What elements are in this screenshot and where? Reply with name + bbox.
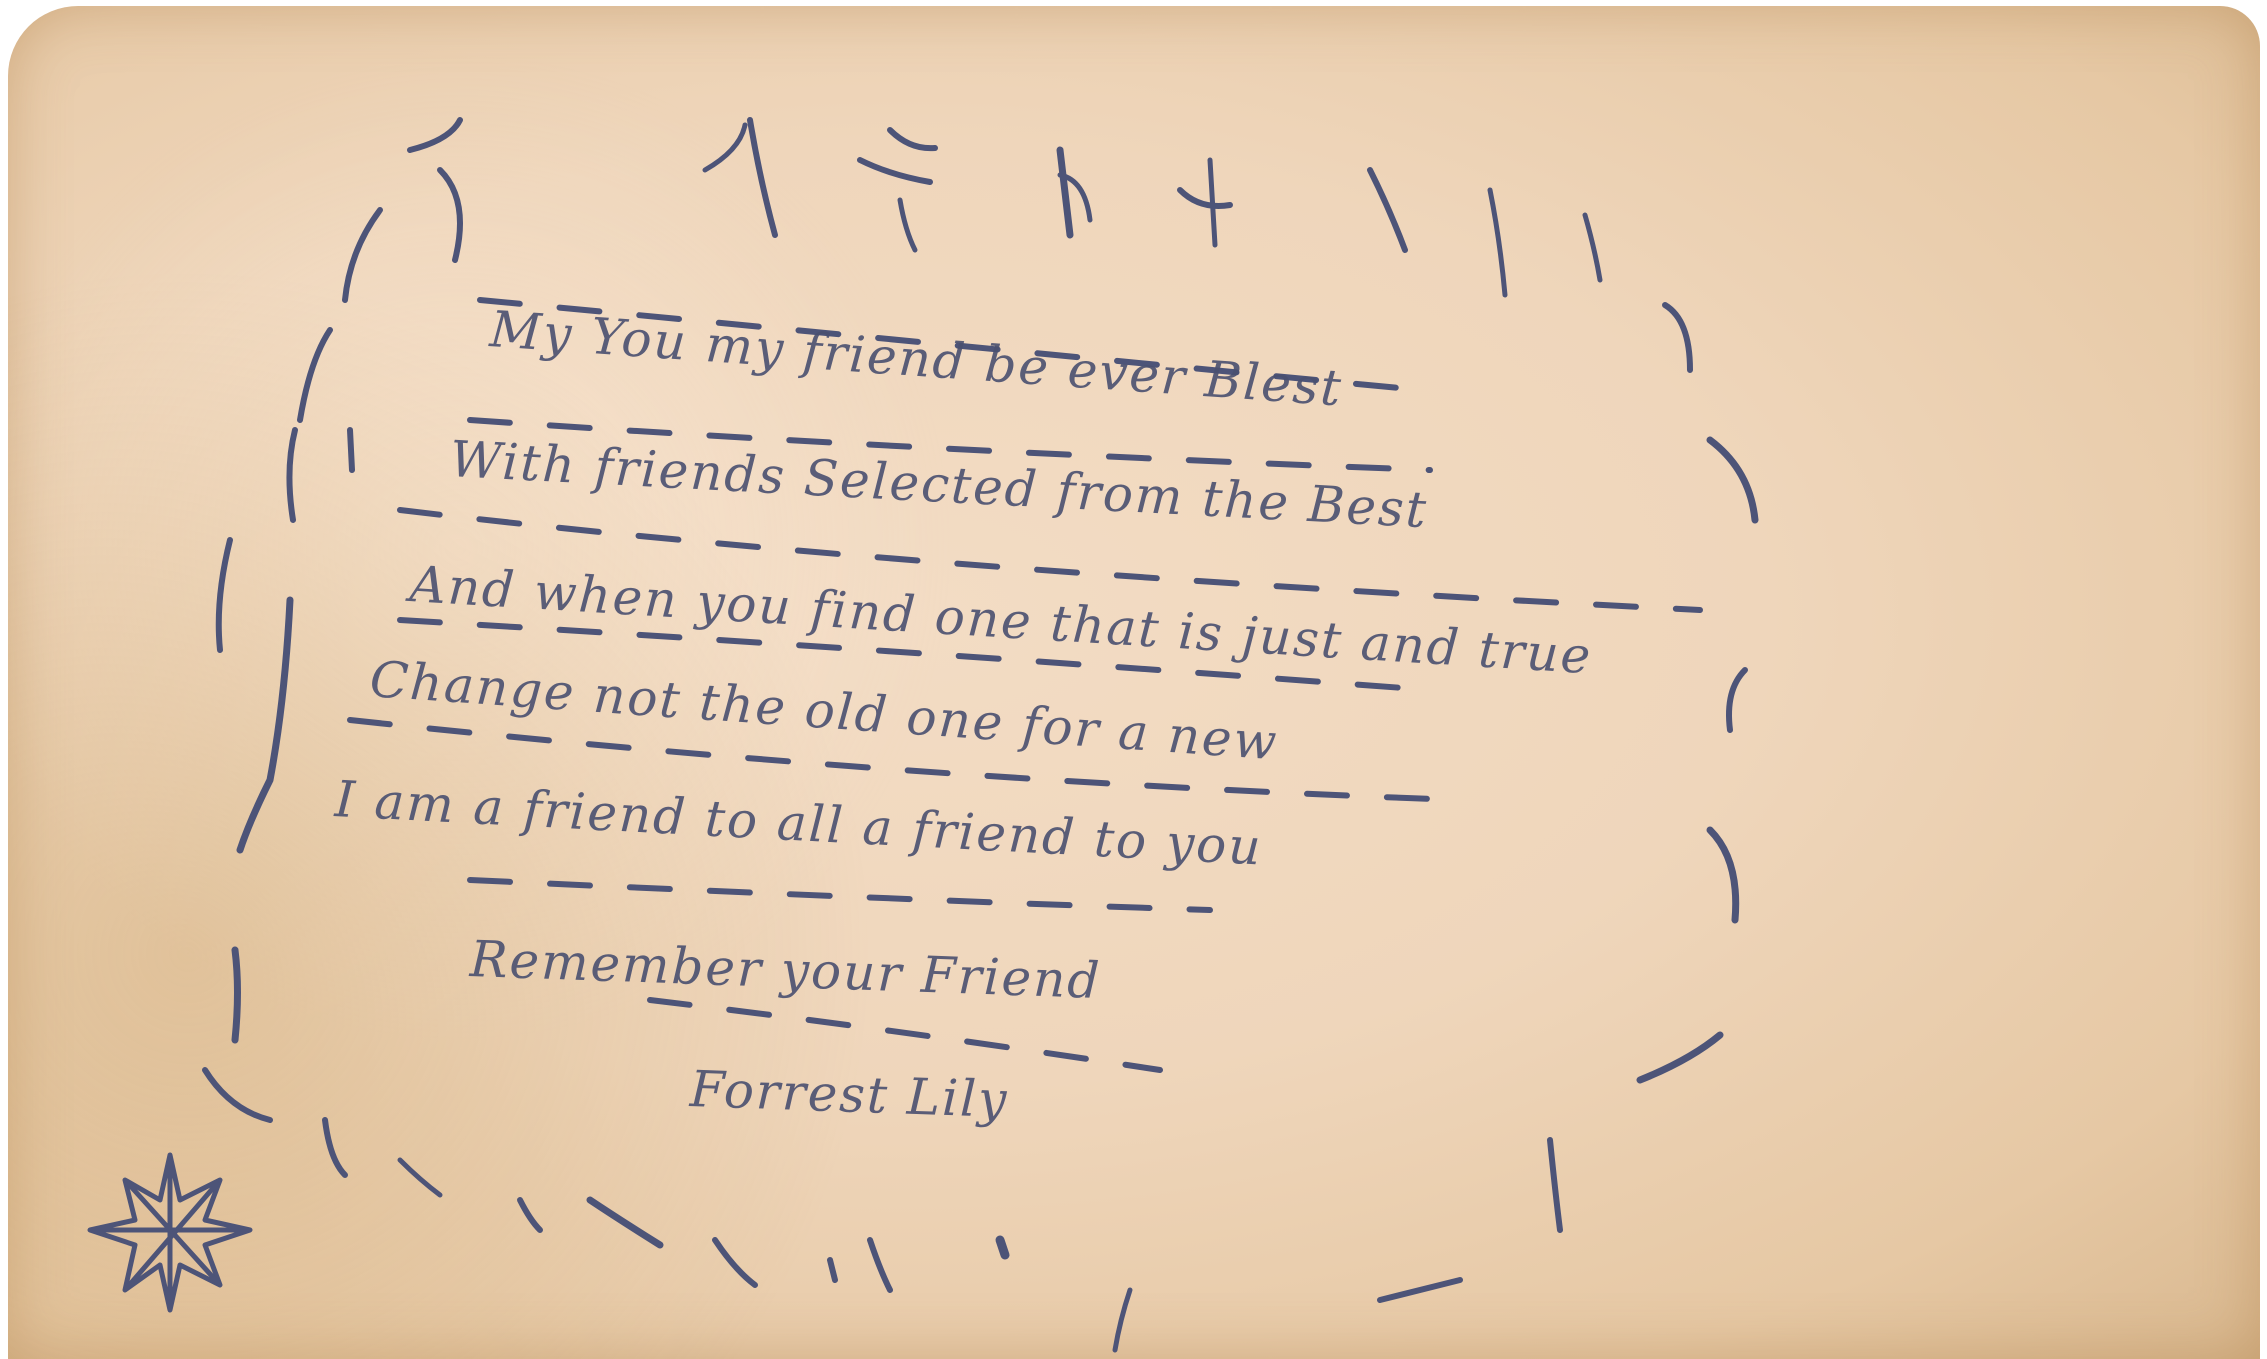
signature: Forrest Lily — [689, 1060, 1009, 1129]
eight-point-star-icon — [80, 1145, 260, 1325]
decorative-flourish-border — [0, 0, 2267, 1359]
